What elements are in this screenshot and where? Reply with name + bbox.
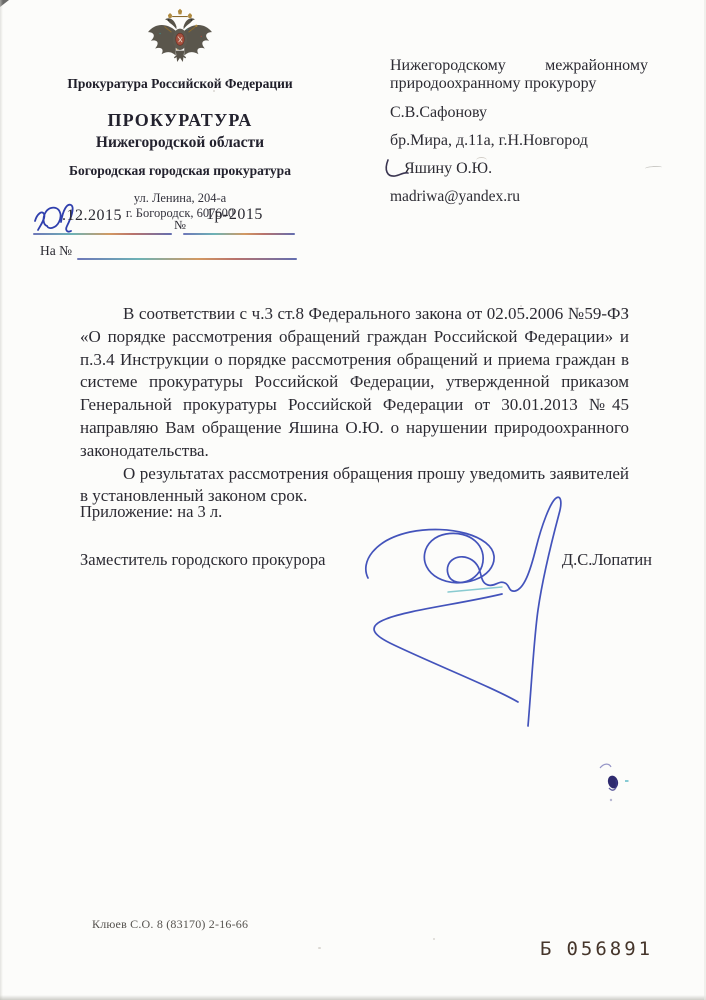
org-region: Нижегородской области	[52, 134, 308, 152]
number-underline	[183, 233, 295, 235]
org-name: ПРОКУРАТУРА	[52, 110, 308, 131]
ink-smudge-icon	[590, 758, 640, 810]
faint-gray-dash	[645, 165, 662, 170]
scanned-letter-page: Прокуратура Российской Федерации ПРОКУРА…	[0, 0, 706, 1000]
attachment-note: Приложение: на 3 л.	[80, 502, 222, 522]
addressee-title-line1: Нижегородскому межрайонному	[390, 57, 648, 75]
addressee-street: бр.Мира, д.11а, г.Н.Новгород	[390, 132, 588, 150]
addressee-block: Нижегородскому межрайонному природоохран…	[390, 57, 648, 92]
executor-contact: Клюев С.О. 8 (83170) 2-16-66	[92, 917, 248, 932]
addressee-title-word1: Нижегородскому	[390, 57, 506, 75]
serial-letter: Б	[540, 938, 554, 960]
letterhead: Прокуратура Российской Федерации ПРОКУРА…	[52, 8, 308, 220]
reference-underline	[77, 258, 297, 260]
addressee-name: С.В.Сафонову	[390, 104, 487, 122]
letter-body: В соответствии с ч.3 ст.8 Федерального з…	[80, 303, 629, 508]
date-typed: .12.2015	[62, 207, 122, 225]
paper-speck	[433, 938, 435, 940]
scan-bottom-edge-shadow	[0, 995, 706, 1000]
signature-ink-icon	[352, 488, 570, 728]
reference-label: На №	[40, 243, 72, 258]
signer-name: Д.С.Лопатин	[562, 550, 652, 570]
signature-row: Заместитель городского прокурора Д.С.Лоп…	[80, 550, 652, 570]
body-paragraph-1: В соответствии с ч.3 ст.8 Федерального з…	[80, 303, 629, 463]
addressee-title-line2: природоохранному прокурору	[390, 75, 648, 93]
faint-pencil-mark	[476, 157, 487, 164]
date-underline	[33, 233, 172, 235]
coat-of-arms-icon	[142, 8, 218, 72]
outgoing-number: 1р-2015	[206, 206, 263, 224]
form-serial-number: Б056891	[540, 938, 653, 960]
org-parent-name: Прокуратура Российской Федерации	[52, 76, 308, 92]
ink-bracket-mark-icon	[384, 158, 410, 180]
addressee-title-word2: межрайонному	[545, 57, 648, 75]
addressee-email: madriwa@yandex.ru	[390, 188, 520, 206]
org-unit: Богородская городская прокуратура	[52, 163, 308, 179]
org-address-line1: ул. Ленина, 204-а	[52, 191, 308, 206]
number-sign: №	[174, 218, 186, 233]
serial-digits: 056891	[566, 938, 653, 960]
signer-position-title: Заместитель городского прокурора	[80, 550, 326, 569]
scan-left-edge-shadow	[0, 0, 3, 1000]
paper-speck	[318, 947, 321, 949]
reference-row: На №	[40, 243, 310, 259]
